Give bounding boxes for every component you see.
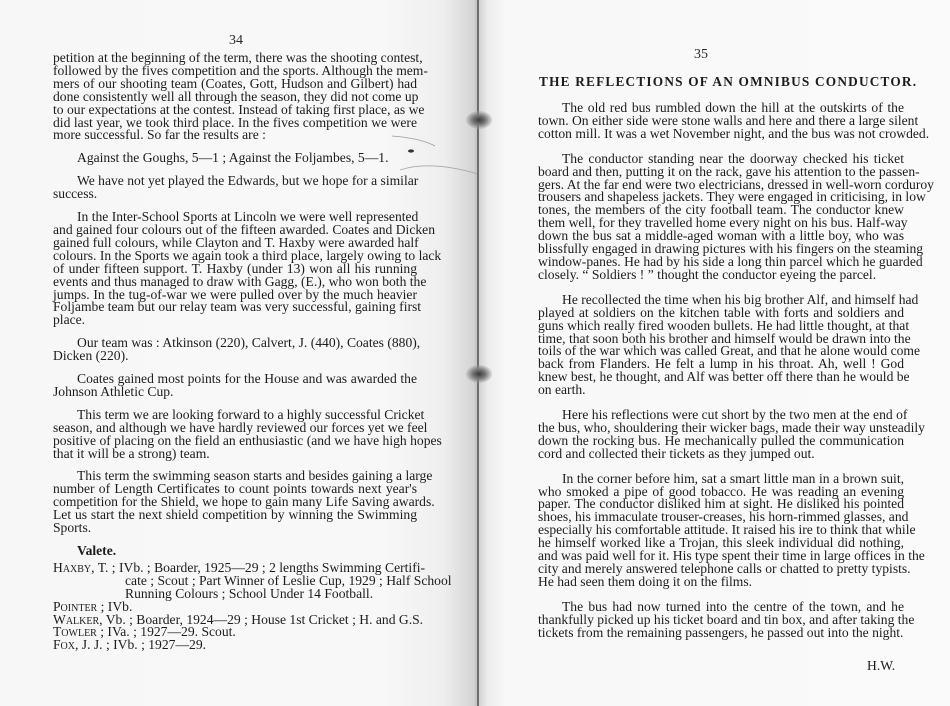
left-page-body: petition at the beginning of the term, t… [53,52,417,652]
text-line: success. [53,188,417,201]
paragraph: This term we are looking forward to a hi… [53,409,417,461]
paragraph: Here his reflections were cut short by t… [538,409,904,461]
paragraph: The old red bus rumbled down the hill at… [538,102,904,141]
author-signature: H.W. [867,658,895,674]
paragraph: Against the Goughs, 5—1 ; Against the Fo… [53,152,417,165]
paragraph: Our team was : Atkinson (220), Calvert, … [53,337,417,363]
paragraph: In the corner before him, sat a smart li… [538,473,904,589]
text-line: place. [53,314,417,327]
paragraph: We have not yet played the Edwards, but … [53,175,417,201]
paragraph: petition at the beginning of the term, t… [53,52,417,142]
text-line: He had seen them doing it on the films. [538,576,904,589]
text-line: Fox, J. J. ; IVb. ; 1927—29. [53,639,417,652]
text-line: Against the Goughs, 5—1 ; Against the Fo… [53,152,417,165]
text-line: Let us start the next shield competition… [53,509,417,522]
binding-staple-top [466,111,492,129]
valete-name: Fox, J. J. [53,637,103,652]
valete-entry: Haxby, T. ; IVb. ; Boarder, 1925—29 ; 2 … [53,562,417,601]
text-line: more successful. So far the results are … [53,129,417,142]
text-line: Sports. [53,522,417,535]
text-line: on earth. [538,384,904,397]
text-line: cotton mill. It was a wet November night… [538,128,904,141]
valete-heading: Valete. [53,545,417,558]
text-line: Johnson Athletic Cup. [53,386,417,399]
text-line: closely. “ Soldiers ! ” thought the cond… [538,269,904,282]
right-page-body: The old red bus rumbled down the hill at… [538,102,904,640]
text-line: cord and collected their tickets as they… [538,448,904,461]
text-line: We have not yet played the Edwards, but … [53,175,417,188]
left-page: 34 petition at the beginning of the term… [0,0,478,706]
valete-name: Haxby, T. [53,560,108,575]
paragraph: He recollected the time when his big bro… [538,294,904,397]
book-gutter [477,0,479,706]
article-title: THE REFLECTIONS OF AN OMNIBUS CONDUCTOR. [539,74,917,90]
text-line: knew best, he thought, and Alf was bette… [538,371,904,384]
page-number-right: 35 [681,47,721,63]
paragraph: The conductor standing near the doorway … [538,153,904,282]
text-line: Dicken (220). [53,350,417,363]
binding-staple-bottom [466,365,492,383]
text-line: that it will be a strong) team. [53,448,417,461]
book-spread: 34 petition at the beginning of the term… [0,0,950,706]
text-line: tickets from the remaining passengers, h… [538,627,904,640]
right-page: 35 THE REFLECTIONS OF AN OMNIBUS CONDUCT… [478,0,950,706]
valete-entry: Fox, J. J. ; IVb. ; 1927—29. [53,639,417,652]
paragraph: In the Inter-School Sports at Lincoln we… [53,211,417,327]
paragraph: Coates gained most points for the House … [53,373,417,399]
valete-details: ; IVb. ; 1927—29. [103,637,206,652]
paragraph: This term the swimming season starts and… [53,470,417,535]
page-number-left: 34 [216,33,256,49]
paragraph: The bus had now turned into the centre o… [538,601,904,640]
text-line: Foljambe team but our relay team was ver… [53,301,417,314]
